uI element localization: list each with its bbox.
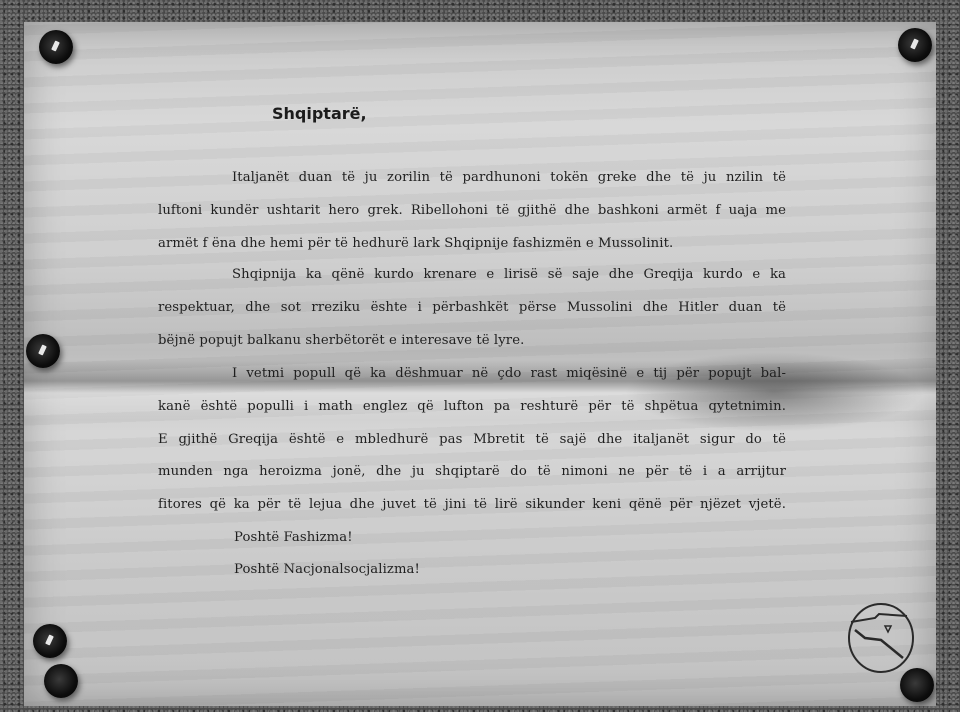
paper-crease-shadow [624,352,924,432]
text-line: Shqipnija ka qënë kurdo krenare e lirisë… [232,267,786,282]
closing-line: Poshtë Nacjonalsocjalizma! [234,562,862,577]
text-line: fitores që ka për të lejua dhe juvet të … [158,497,786,512]
salutation: Shqiptarë, [272,104,367,123]
pin-bottom-left-lower-icon [44,664,78,698]
archive-logo-icon [845,600,917,680]
text-line: luftoni kundër ushtarit hero grek. Ribel… [158,203,786,218]
leaflet-paper [24,22,936,706]
text-line: kanë është populli i math englez që luft… [158,399,786,414]
text-line: Italjanët duan të ju zorilin të pardhuno… [232,170,786,185]
pin-top-right-icon [898,28,932,62]
pin-middle-left-icon [26,334,60,368]
text-line: I vetmi popull që ka dëshmuar në çdo ras… [232,366,786,381]
text-line: armët f ëna dhe hemi për të hedhurë lark… [158,236,786,251]
text-line: bëjnë popujt balkanu sherbëtorët e inter… [158,333,786,348]
text-line: munden nga heroizma jonë, dhe ju shqipta… [158,464,786,479]
pin-bottom-left-upper-icon [33,624,67,658]
pin-top-left-icon [39,30,73,64]
closing-line: Poshtë Fashizma! [234,530,862,545]
text-line: respektuar, dhe sot rreziku ështe i përb… [158,300,786,315]
text-line: E gjithë Greqija është e mbledhurë pas M… [158,432,786,447]
